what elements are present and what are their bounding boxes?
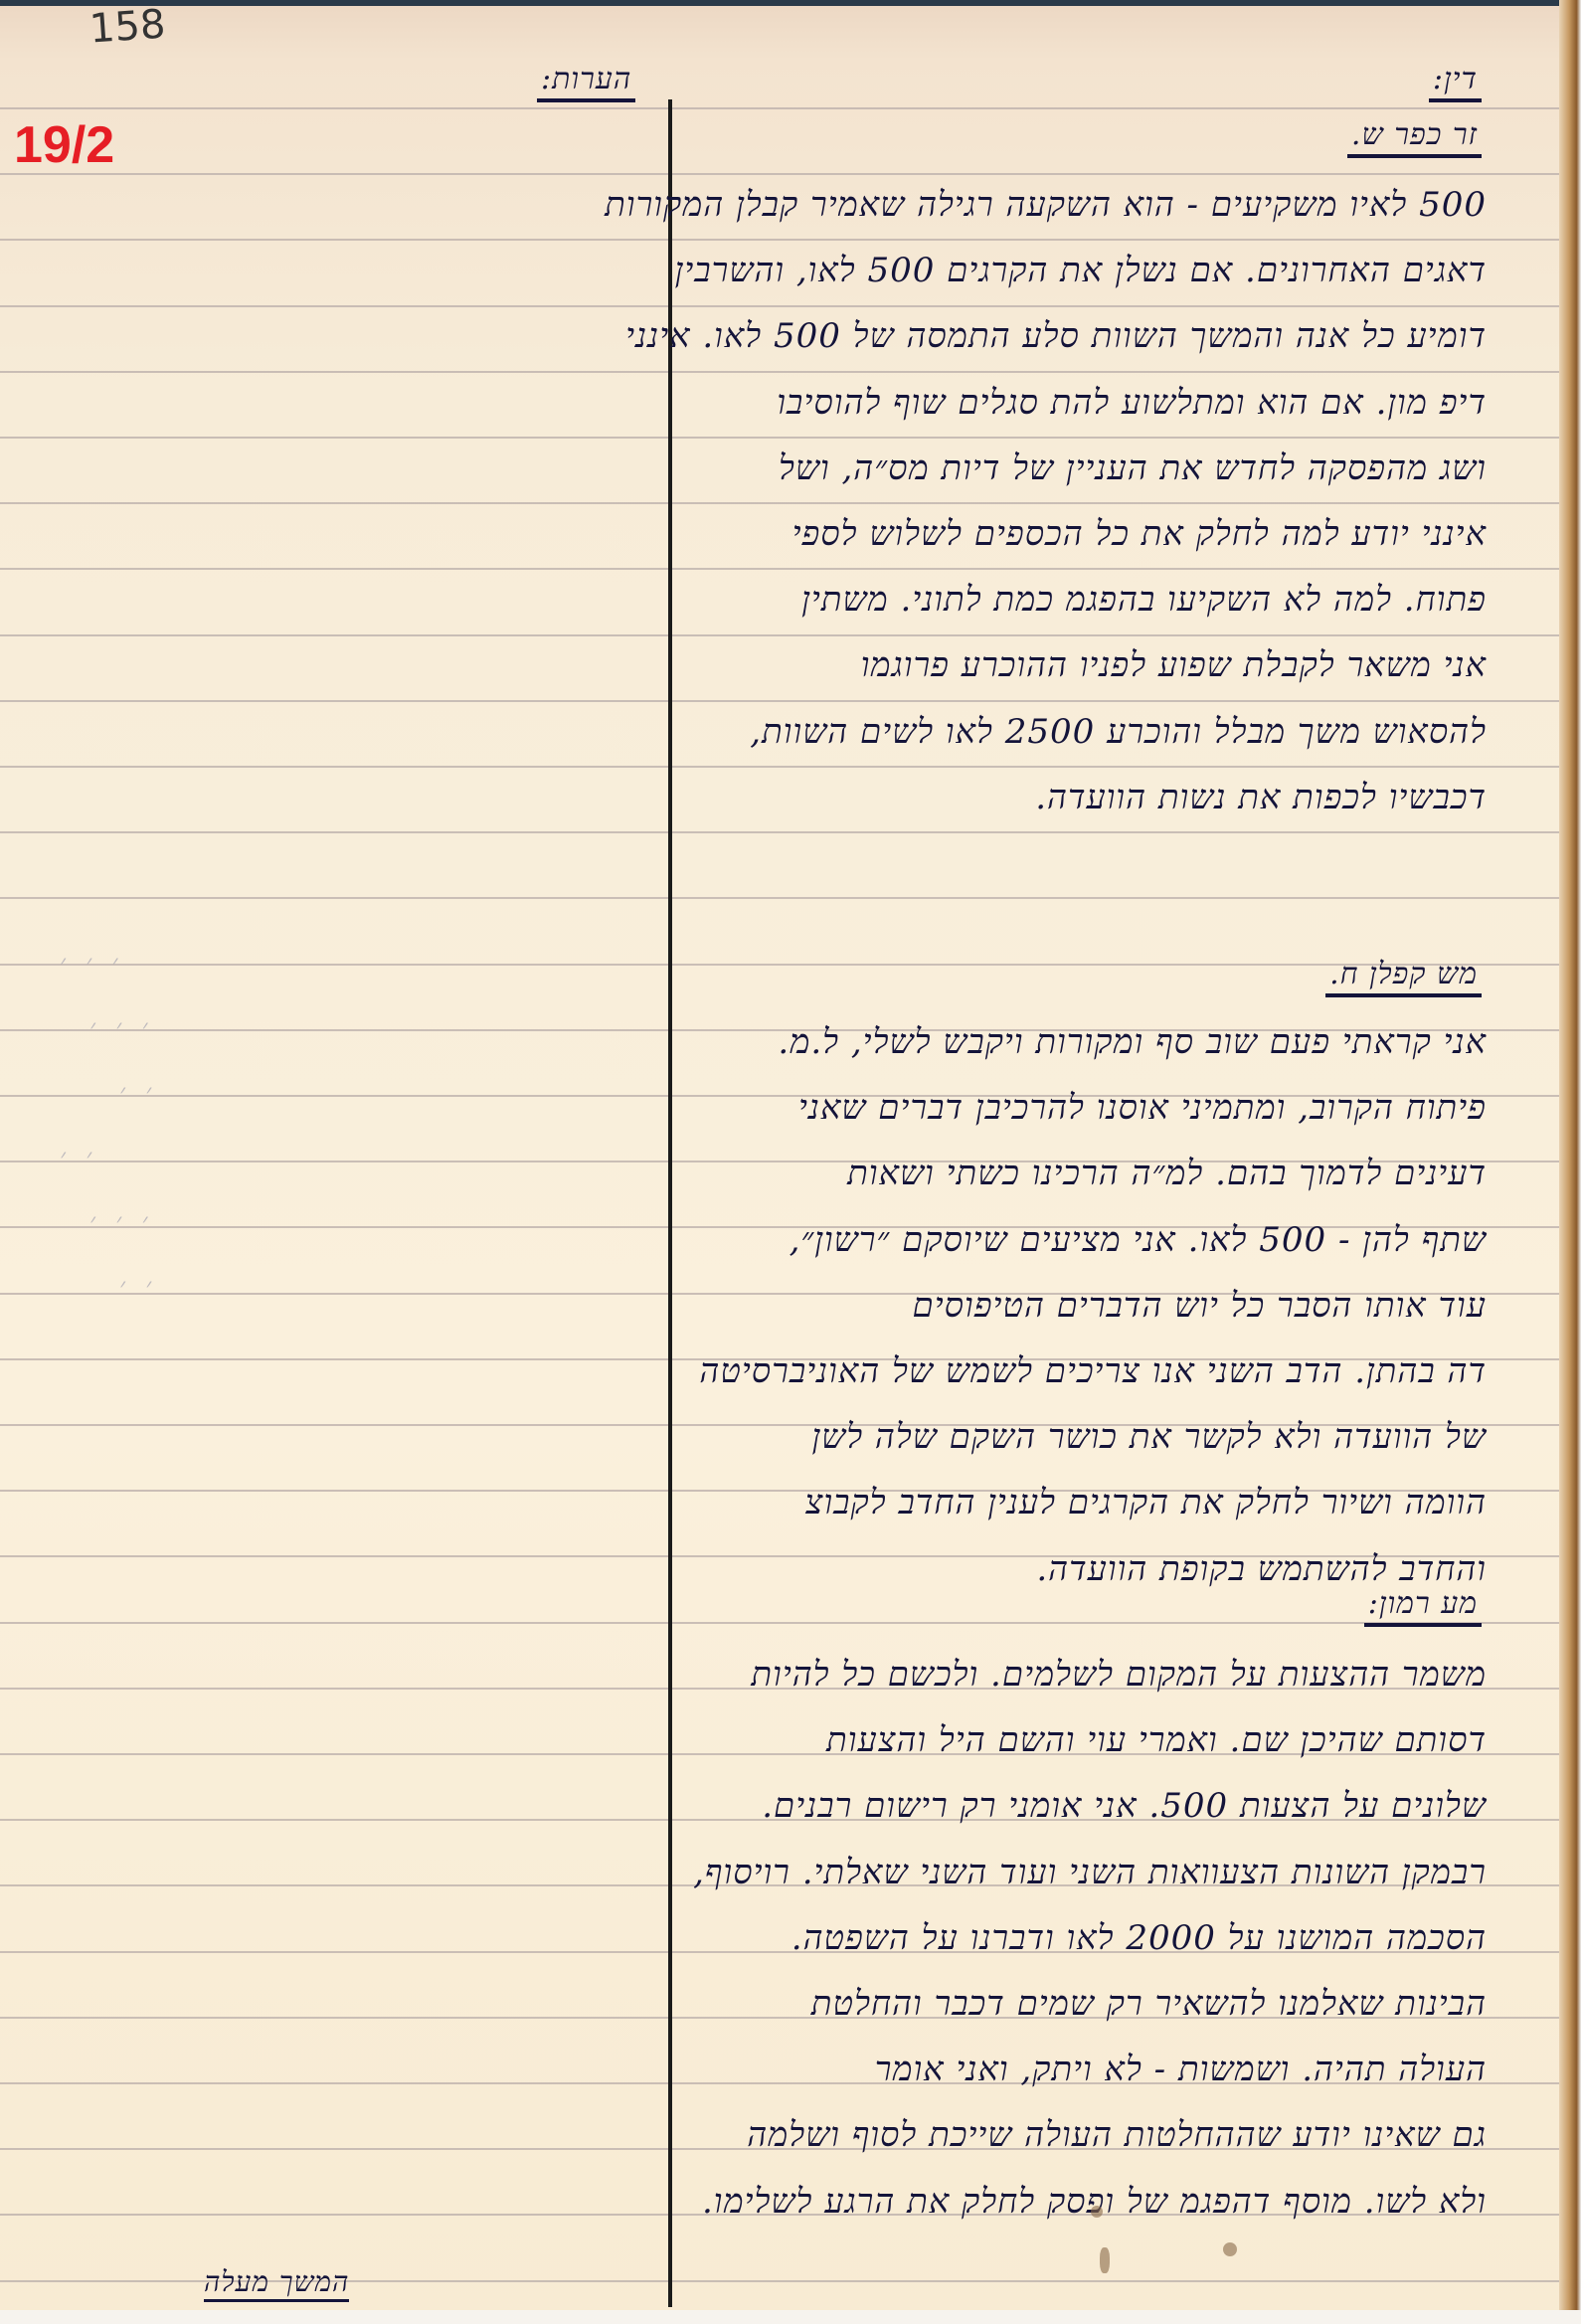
ruled-line (0, 107, 1559, 109)
page-binding-edge (1559, 0, 1581, 2324)
handwritten-line: דיפ מון. אם הוא ומתלשוע להת סגלים שוף לה… (777, 383, 1487, 423)
speaker-heading: מש קפלן ח. (1325, 957, 1482, 997)
column-divider (668, 99, 672, 2307)
speaker-heading: מע רמון: (1364, 1586, 1482, 1627)
handwritten-line: רבמקן השונות הצעוואות השני ועוד השני שאל… (693, 1853, 1487, 1892)
main-column-header: דין: (1429, 62, 1482, 102)
handwritten-line: להסאוש משך מבלל והוכרע 2500 לאו לשים השו… (750, 712, 1487, 752)
handwritten-line: דומיע כל אנה והמשך השוות סלע התמסה של 50… (625, 316, 1487, 356)
handwritten-line: דכבשיו לכפות את נשות הוועדה. (1035, 778, 1487, 817)
ruled-line (0, 700, 1559, 702)
ink-stain (1100, 2247, 1110, 2273)
handwritten-line: דה בהתן. הדב השני אנו צריכים לשמש של האו… (699, 1351, 1487, 1391)
ruled-line (0, 634, 1559, 636)
ruled-line (0, 305, 1559, 307)
handwritten-line: והחדב להשתמש בקופת הוועדה. (1036, 1549, 1487, 1589)
handwritten-line: הוומה ושיור לחלק את הקרגים לענין החדב לק… (805, 1483, 1487, 1522)
ruled-line (0, 437, 1559, 439)
handwritten-line: אני משאר לקבלת שפוע לפניו ההוכרע פרוגמו (861, 645, 1487, 685)
handwritten-line: שתף להן - 500 לאו. אני מציעים שיוסקם ״רש… (790, 1220, 1487, 1260)
handwritten-line: שלונים על הצעות 500. אני אומני רק רישום … (762, 1786, 1487, 1826)
handwritten-line: דעינים לדמוך בהם. למ״ה הרכינו כשתי ושאות (847, 1154, 1487, 1193)
handwritten-line: 500 לאיו משקיעים - הוא השקעה רגילה שאמיר… (605, 185, 1487, 225)
ruled-line (0, 502, 1559, 504)
handwritten-line: אינני יודע למה לחלק את כל הכספים לשלוש ל… (792, 514, 1487, 554)
bleed-through-marks: ׳ ׳ ׳ (89, 1014, 154, 1044)
ruled-line (0, 831, 1559, 833)
ruled-line (0, 568, 1559, 570)
scan-bottom-edge (0, 2310, 1581, 2324)
handwritten-line: דסותם שהיכן שם. ואמרי עוי והשם היל והצעו… (826, 1720, 1487, 1760)
ruled-line (0, 766, 1559, 768)
page-number: 158 (88, 1, 166, 52)
handwritten-line: העולה תהיה. ושמשות - לא ויתק, ואני אומר (875, 2050, 1487, 2089)
handwritten-line: הבינות שאלמנו להשאיר רק שמים דכבר והחלטת (811, 1984, 1487, 2024)
speaker-heading: זר כפר ש. (1347, 117, 1482, 158)
handwritten-line: הסכמה המושנו על 2000 לאו ודברנו על השפטה… (791, 1918, 1487, 1958)
margin-column-header: הערות: (537, 62, 635, 102)
footer-continued-note: המשך מעלה (204, 2265, 349, 2302)
handwritten-line: פתוח. למה לא השקיעו בהפגמ כמת לתוני. משת… (801, 580, 1487, 620)
ruled-line (0, 371, 1559, 373)
ruled-line (0, 239, 1559, 241)
ink-stain (1091, 2206, 1103, 2218)
handwritten-line: גם שאינו יודע שההחלטות העולה שייכת לסוף … (747, 2115, 1487, 2155)
date-stamp: 19/2 (14, 115, 114, 175)
scan-top-edge (0, 0, 1581, 6)
ruled-line (0, 1622, 1559, 1624)
handwritten-line: של הוועדה ולא לקשר את כושר השקם שלה לשן (811, 1417, 1487, 1457)
bleed-through-marks: ׳ ׳ ׳ (89, 1208, 154, 1238)
handwritten-line: ושג מהפסקה לחדש את העניין של דיות מס״ה, … (779, 448, 1487, 488)
bleed-through-marks: ׳ ׳ ׳ (60, 950, 124, 980)
ink-stain (1223, 2242, 1237, 2256)
notebook-page: 158 19/2 הערות: דין: זר כפר ש.500 לאיו מ… (0, 0, 1581, 2324)
bleed-through-marks: ׳ ׳ (119, 1273, 157, 1303)
bleed-through-marks: ׳ ׳ (119, 1079, 157, 1109)
handwritten-line: דאגים האחרונים. אם נשלן את הקרגים 500 לא… (675, 251, 1487, 290)
bleed-through-marks: ׳ ׳ (60, 1144, 97, 1173)
handwritten-line: אני קראתי פעם שוב סף ומקורות ויקבש לשלי,… (778, 1022, 1487, 1062)
handwritten-line: עוד אותו הסבר כל יוש הדברים הטיפוסים (913, 1286, 1487, 1326)
ruled-line (0, 173, 1559, 175)
handwritten-line: פיתוח הקרוב, ומתמיני אוסנו להרכיבן דברים… (798, 1088, 1487, 1128)
handwritten-line: משמר ההצעות על המקום לשלמים. ולכשם כל לה… (751, 1655, 1487, 1695)
ruled-line (0, 897, 1559, 899)
